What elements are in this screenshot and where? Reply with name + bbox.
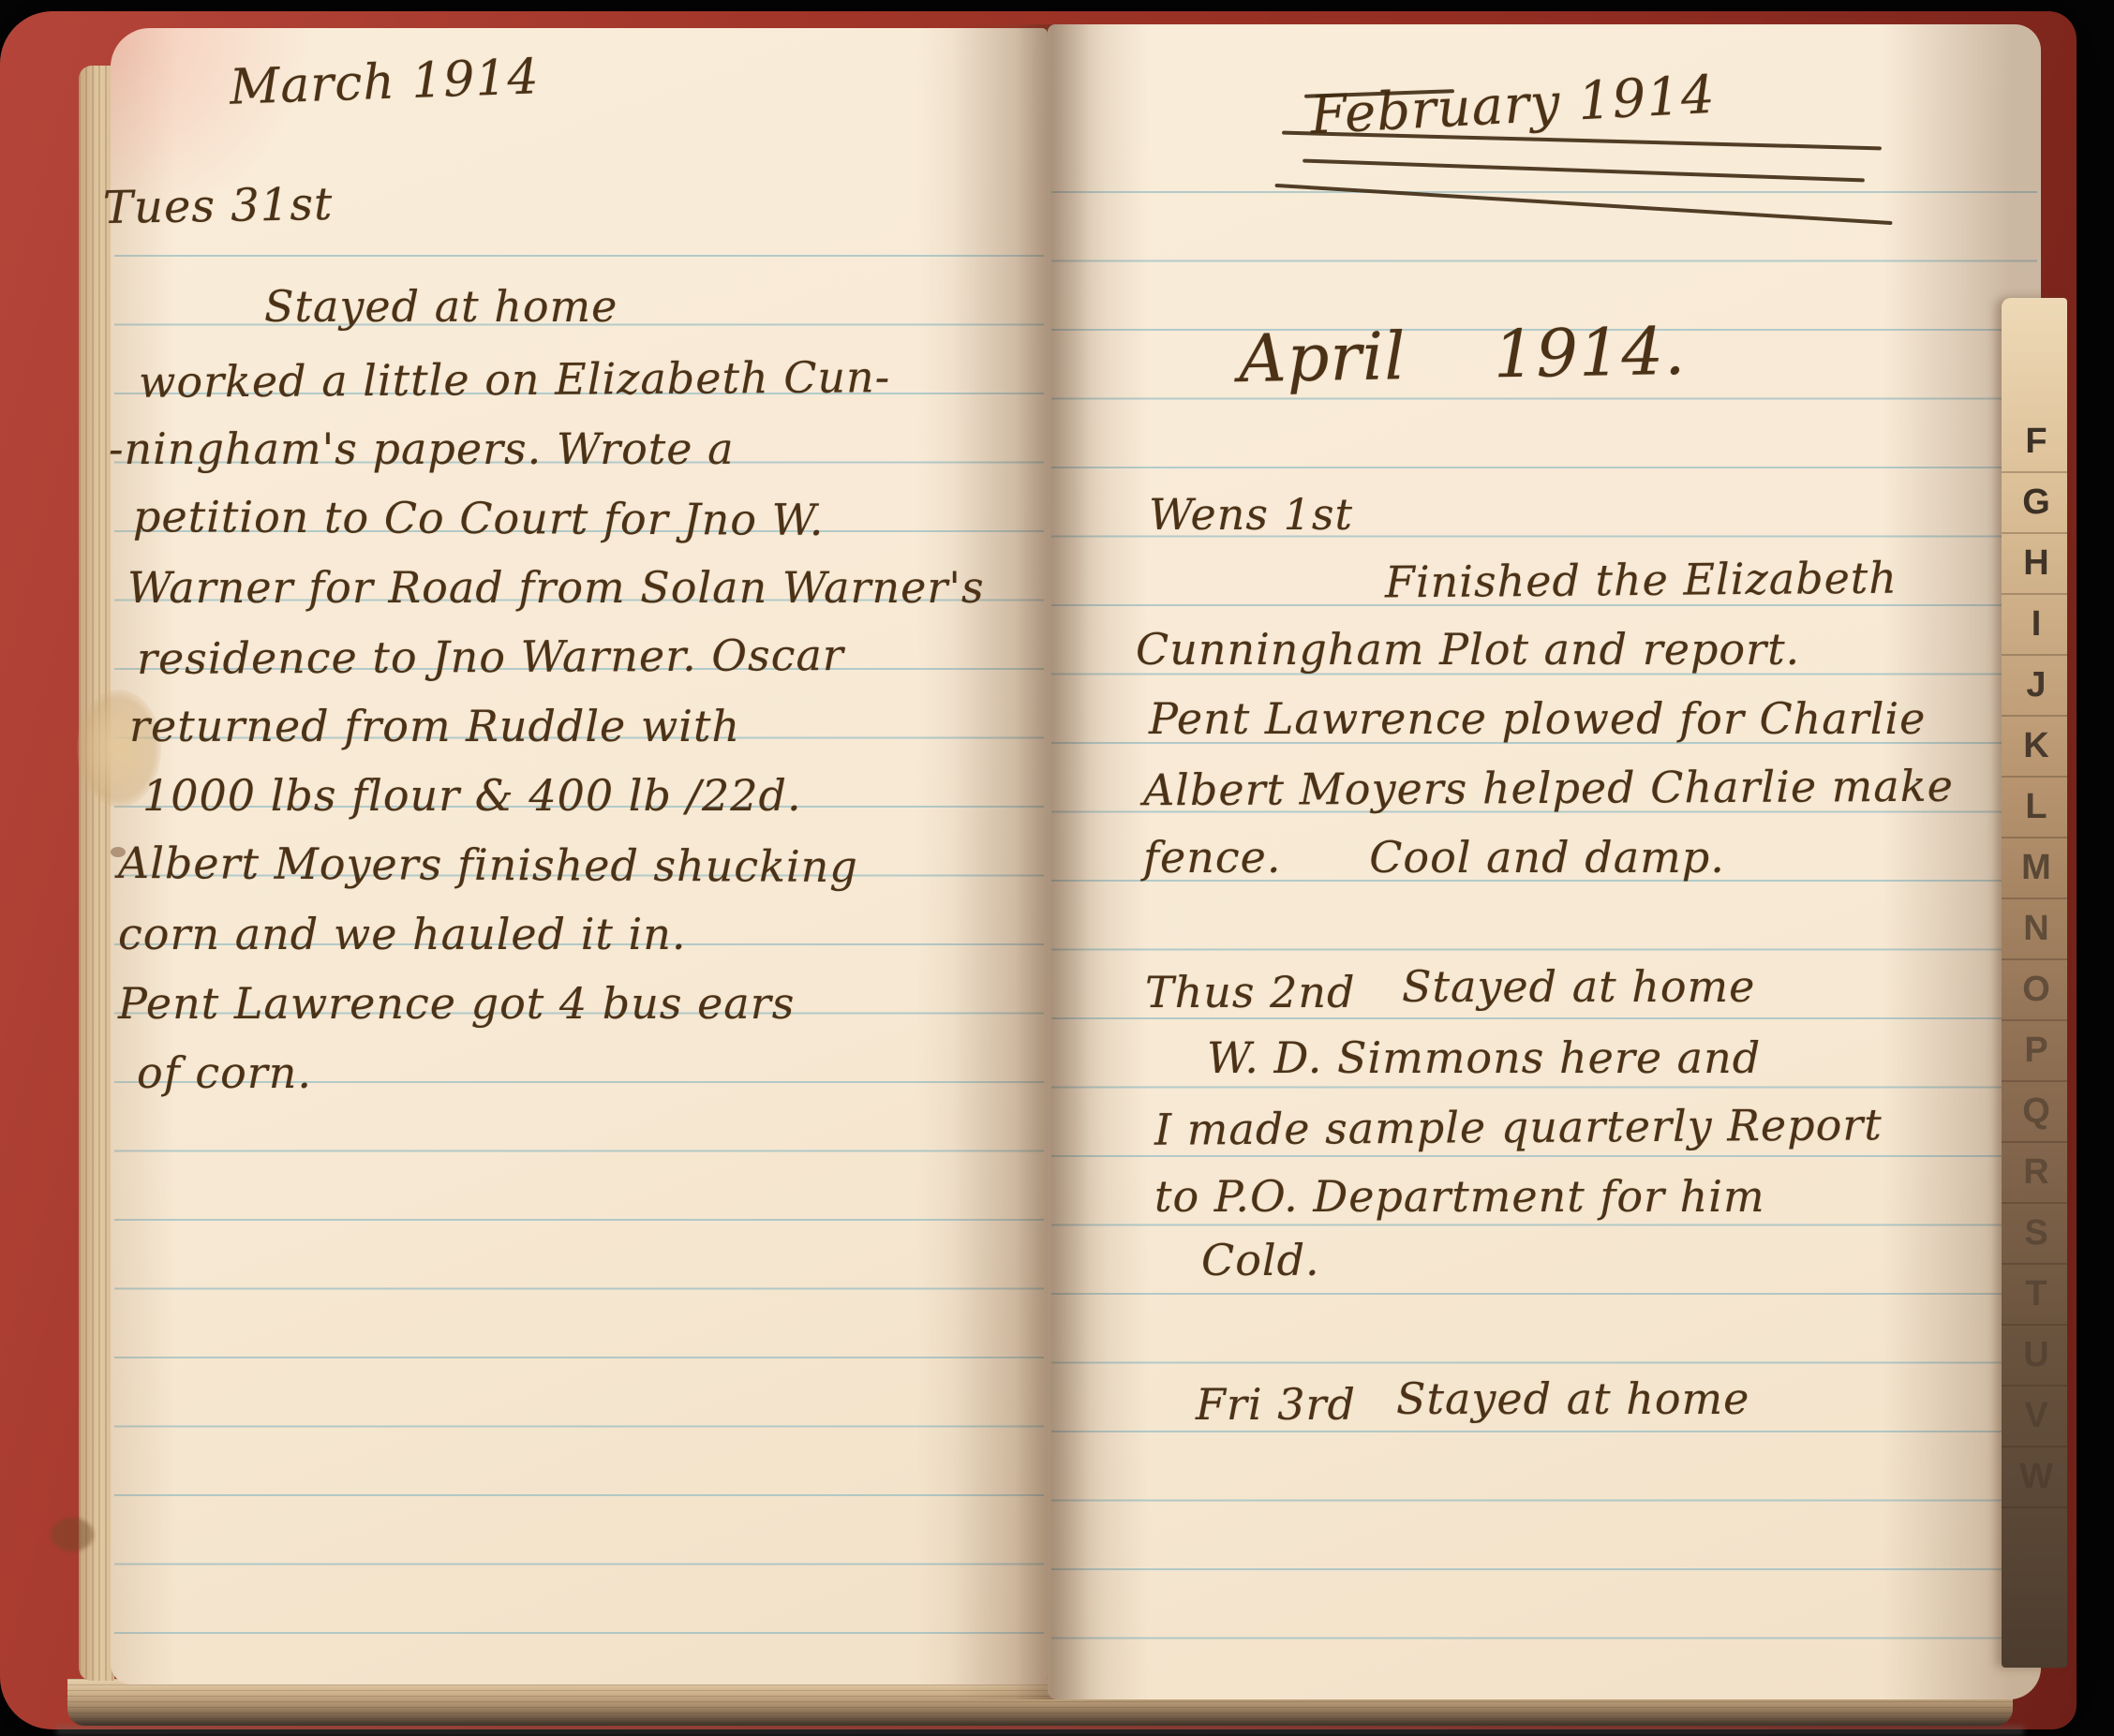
diary-line: -ningham's papers. Wrote a [109,423,735,474]
index-tab-U: U [2013,1335,2060,1375]
index-tab-G: G [2013,482,2060,523]
diary-line: 1000 lbs flour & 400 lb /22d. [142,770,802,821]
page-stack-left-edge [79,66,114,1681]
diary-line: W. D. Simmons here and [1207,1032,1761,1083]
diary-line: of corn. [137,1047,312,1098]
index-tab-O: O [2013,970,2060,1010]
diary-line: Stayed at home [1402,961,1755,1012]
index-tab-I: I [2013,604,2060,645]
index-tab-N: N [2013,909,2060,949]
entry-date-heading: Fri 3rd [1196,1379,1356,1430]
index-tab-K: K [2013,726,2060,766]
entry-date-heading: Wens 1st [1149,489,1353,540]
entry-date-heading: Thus 2nd [1145,967,1356,1017]
diary-line: to P.O. Department for him [1154,1171,1765,1222]
book-drop-shadow [56,1726,2024,1736]
index-tab-P: P [2013,1031,2060,1071]
diary-line: Cold. [1201,1235,1320,1285]
index-tab-R: R [2013,1152,2060,1193]
page-stain [51,1518,94,1551]
index-tab-Q: Q [2013,1091,2060,1132]
diary-line: Pent Lawrence got 4 bus ears [118,978,795,1029]
diary-line: petition to Co Court for Jno W. [133,491,825,545]
entry-date-heading: Tues 31st [103,178,334,234]
diary-line: worked a little on Elizabeth Cun- [139,351,891,408]
index-tab-J: J [2013,665,2060,705]
index-tab-W: W [2013,1457,2060,1497]
diary-line: residence to Jno Warner. Oscar [137,630,844,684]
diary-line: Stayed at home [264,281,618,332]
diary-line: fence. Cool and damp. [1143,832,1725,883]
diary-line: Finished the Elizabeth [1385,553,1898,608]
diary-line: Stayed at home [1396,1373,1749,1424]
index-tab-M: M [2013,848,2060,888]
index-tab-H: H [2013,543,2060,584]
index-tab-S: S [2013,1213,2060,1254]
index-tab-V: V [2013,1396,2060,1436]
diary-line: Pent Lawrence plowed for Charlie [1149,693,1926,744]
diary-line: returned from Ruddle with [129,701,740,751]
diary-line: Albert Moyers helped Charlie make [1143,761,1954,816]
index-tab-L: L [2013,787,2060,827]
diary-line: Warner for Road from Solan Warner's [127,562,985,613]
right-page-ruling [1051,191,2037,1696]
index-tab-T: T [2013,1274,2060,1314]
diary-line: I made sample quarterly Report [1154,1099,1883,1154]
left-month-header: March 1914 [229,49,540,116]
right-month-header: April 1914. [1238,313,1687,397]
diary-line: corn and we hauled it in. [118,909,687,959]
diary-line: Cunningham Plot and report. [1136,624,1800,675]
diary-line: Albert Moyers finished shucking [118,838,858,892]
index-tab-F: F [2013,422,2060,462]
